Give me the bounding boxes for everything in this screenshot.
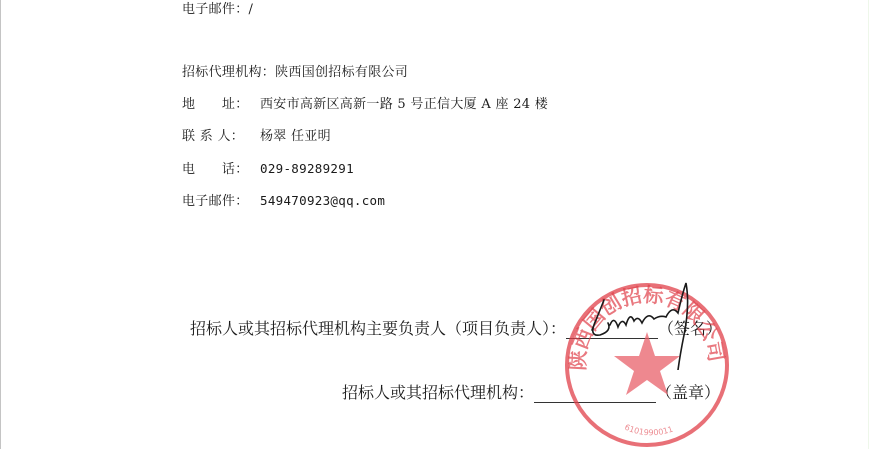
- agency-name-label: 招标代理机构：: [182, 65, 275, 81]
- bidder-email-value: /: [249, 2, 254, 17]
- agency-contact-label: 联 系 人：: [182, 129, 260, 145]
- svg-text:6101990011: 6101990011: [623, 423, 674, 438]
- org-seal-blank[interactable]: [534, 384, 656, 403]
- agency-address-row: 地 址：西安市高新区高新一路 5 号正信大厦 A 座 24 楼: [182, 97, 548, 113]
- agency-address-value: 西安市高新区高新一路 5 号正信大厦 A 座 24 楼: [260, 97, 548, 112]
- bidder-email-row: 电子邮件：/: [182, 2, 253, 18]
- org-suffix: （盖章）: [656, 383, 720, 402]
- org-seal-row: 招标人或其招标代理机构：（盖章）: [342, 383, 720, 403]
- responsible-signature-row: 招标人或其招标代理机构主要负责人（项目负责人）：（签名）: [190, 319, 722, 339]
- page-left-edge: [0, 0, 1, 449]
- agency-email-row: 电子邮件：549470923@qq.com: [182, 193, 385, 210]
- org-label: 招标人或其招标代理机构：: [342, 383, 534, 402]
- agency-phone-row: 电 话：029-89289291: [182, 161, 354, 178]
- agency-phone-value: 029-89289291: [260, 161, 354, 176]
- agency-name-row: 招标代理机构：陕西国创招标有限公司: [182, 65, 408, 81]
- stamp-number: 6101990011: [623, 423, 674, 438]
- agency-phone-label: 电 话：: [182, 162, 260, 178]
- agency-email-value: 549470923@qq.com: [260, 193, 385, 208]
- company-seal-stamp: 陕西国创招标有限公司 6101990011: [562, 280, 732, 449]
- agency-email-label: 电子邮件：: [182, 194, 260, 210]
- responsible-suffix: （签名）: [658, 319, 722, 338]
- agency-address-label: 地 址：: [182, 97, 260, 113]
- page-right-edge: [868, 0, 869, 449]
- agency-contact-row: 联 系 人：杨翠 任亚明: [182, 129, 331, 145]
- bidder-email-label: 电子邮件：: [182, 2, 249, 18]
- responsible-label: 招标人或其招标代理机构主要负责人（项目负责人）：: [190, 319, 566, 338]
- agency-contact-value: 杨翠 任亚明: [260, 129, 331, 144]
- responsible-signature-blank[interactable]: [566, 320, 658, 339]
- agency-name-value: 陕西国创招标有限公司: [275, 65, 408, 80]
